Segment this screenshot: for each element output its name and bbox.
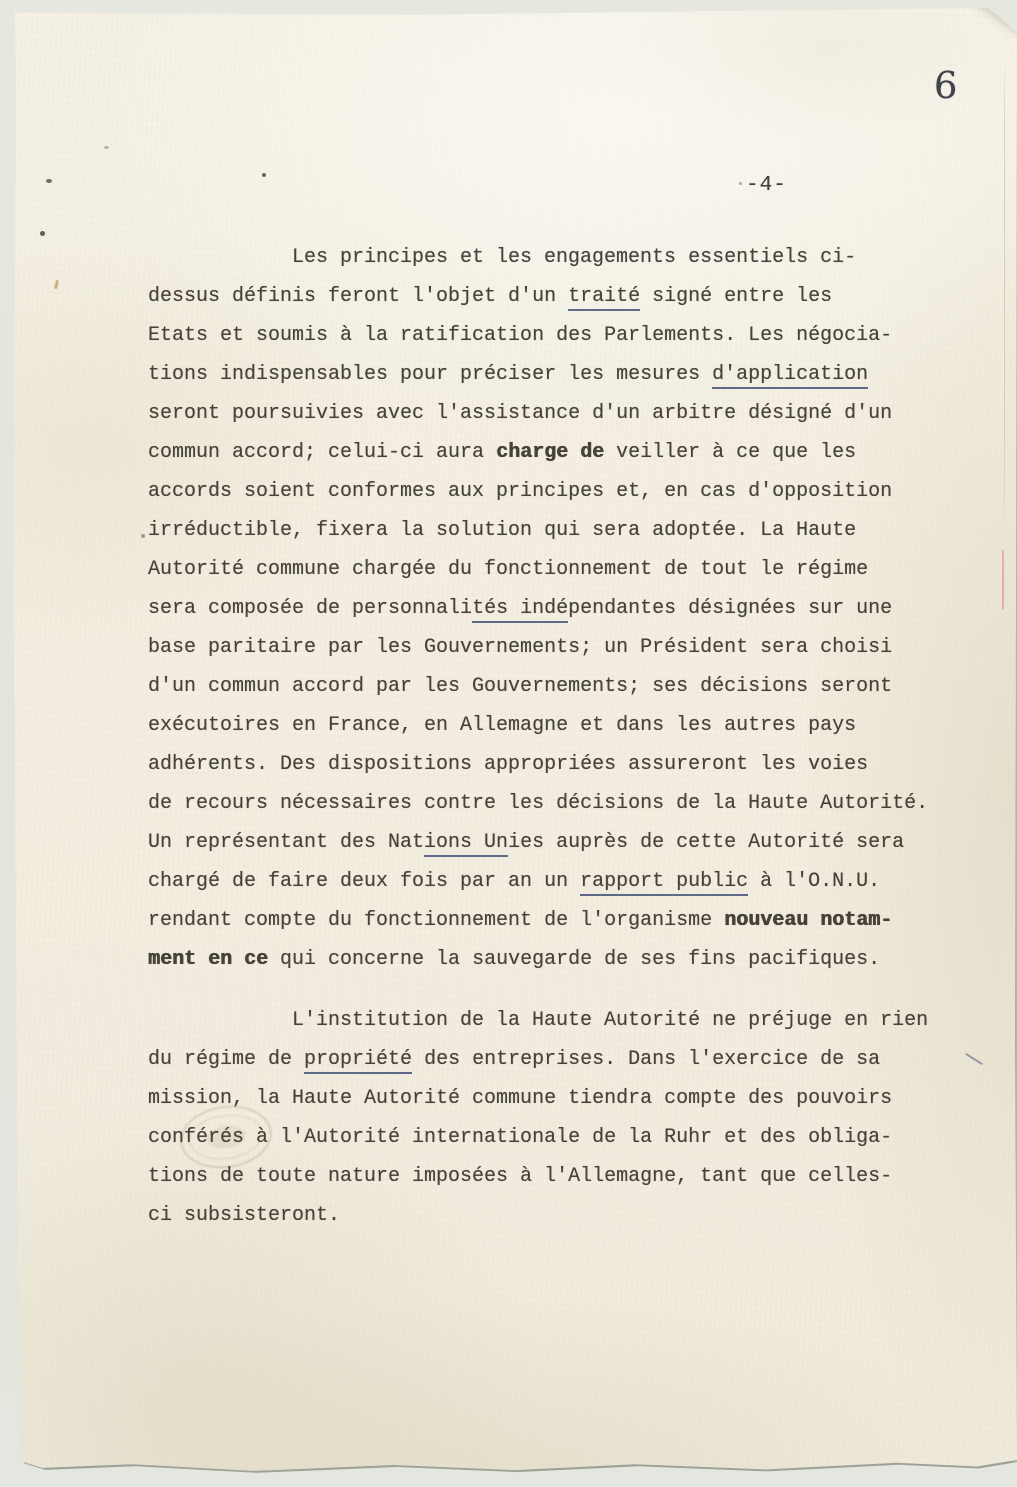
pen-underlined-text: propriété [304,1048,412,1074]
text-line: accords soient conformes aux principes e… [148,472,948,511]
text-line: adhérents. Des dispositions appropriées … [148,745,948,784]
ink-speck [40,231,45,236]
text-line: d'un commun accord par les Gouvernements… [148,667,948,706]
text-segment: conférés à l'Autorité internationale de … [148,1126,892,1149]
text-segment: pendantes désignées sur une [568,597,892,620]
text-line: L'institution de la Haute Autorité ne pr… [148,1001,948,1040]
page-number-label: -4- [746,174,787,197]
text-line: tions indispensables pour préciser les m… [148,355,948,394]
text-line: Autorité commune chargée du fonctionneme… [148,550,948,589]
text-segment: à l'O.N.U. [748,870,880,893]
text-segment: exécutoires en France, en Allemagne et d… [148,714,856,737]
text-line: dessus définis feront l'objet d'un trait… [148,277,948,316]
text-line: Etats et soumis à la ratification des Pa… [148,316,948,355]
text-line: Un représentant des Nations Unies auprès… [148,823,948,862]
scanned-page-background: { "colors":{ "background":"#e3e6de", "pa… [0,0,1017,1487]
text-segment: base paritaire par les Gouvernements; un… [148,636,892,659]
paper-sheet: 6 -4- Les principes et les engagements e… [12,6,1017,1476]
pen-underlined-text: ions Un [424,831,508,857]
pink-edge-mark [1002,550,1004,610]
paragraph: Les principes et les engagements essenti… [148,238,948,979]
text-line: rendant compte du fonctionnement de l'or… [148,901,948,940]
text-segment: rendant compte du fonctionnement de l'or… [148,909,724,932]
text-segment: sera composée de personnali [148,597,472,620]
text-segment: tions de toute nature imposées à l'Allem… [148,1165,892,1188]
text-segment: Les principes et les engagements essenti… [292,246,856,269]
text-segment: irréductible, fixera la solution qui ser… [148,519,856,542]
text-segment: du régime de [148,1048,304,1071]
pencil-mark [965,1053,983,1065]
ink-speck [54,280,59,289]
text-segment: mission, la Haute Autorité commune tiend… [148,1087,892,1110]
text-line: Les principes et les engagements essenti… [148,238,948,277]
text-segment: des entreprises. Dans l'exercice de sa [412,1048,880,1071]
pen-underlined-text: rapport public [580,870,748,896]
ink-speck [46,179,52,183]
text-segment: de recours nécessaires contre les décisi… [148,792,928,815]
text-segment: Etats et soumis à la ratification des Pa… [148,324,892,347]
text-segment: d'un commun accord par les Gouvernements… [148,675,892,698]
text-segment: seront poursuivies avec l'assistance d'u… [148,402,892,425]
text-line: sera composée de personnalités indépenda… [148,589,948,628]
text-segment: Autorité commune chargée du fonctionneme… [148,558,868,581]
text-segment: L'institution de la Haute Autorité ne pr… [292,1009,928,1032]
paragraph: L'institution de la Haute Autorité ne pr… [148,1001,948,1235]
text-segment: signé entre les [640,285,832,308]
text-line: de recours nécessaires contre les décisi… [148,784,948,823]
ink-speck [104,146,109,149]
text-line: seront poursuivies avec l'assistance d'u… [148,394,948,433]
text-segment: tions indispensables pour préciser les m… [148,363,712,386]
overtyped-text: nouveau notam- [724,909,892,932]
text-line: chargé de faire deux fois par an un rapp… [148,862,948,901]
pen-underlined-text: traité [568,285,640,311]
typewritten-text: Les principes et les engagements essenti… [148,238,948,1235]
text-line: ment en ce qui concerne la sauvegarde de… [148,940,948,979]
text-segment: qui concerne la sauvegarde de ses fins p… [268,948,880,971]
text-segment: ies auprès de cette Autorité sera [508,831,904,854]
text-line: du régime de propriété des entreprises. … [148,1040,948,1079]
text-line: tions de toute nature imposées à l'Allem… [148,1157,948,1196]
overtyped-text: charge de [496,441,604,464]
text-line: mission, la Haute Autorité commune tiend… [148,1079,948,1118]
text-segment: adhérents. Des dispositions appropriées … [148,753,868,776]
ink-speck [141,534,145,538]
text-line: ci subsisteront. [148,1196,948,1235]
text-segment: ci subsisteront. [148,1204,340,1227]
overtyped-text: ment en ce [148,948,268,971]
text-line: base paritaire par les Gouvernements; un… [148,628,948,667]
text-segment: commun accord; celui-ci aura [148,441,496,464]
text-segment: veiller à ce que les [604,441,856,464]
text-line: conférés à l'Autorité internationale de … [148,1118,948,1157]
text-segment: accords soient conformes aux principes e… [148,480,892,503]
paper-crease [1004,56,1005,556]
ink-speck [262,173,266,177]
text-segment: dessus définis feront l'objet d'un [148,285,568,308]
text-line: commun accord; celui-ci aura charge de v… [148,433,948,472]
page-stamp-number: 6 [933,64,959,108]
text-segment: Un représentant des Nat [148,831,424,854]
pen-underlined-text: tés indé [472,597,568,623]
ink-speck [739,182,742,185]
text-segment: chargé de faire deux fois par an un [148,870,580,893]
text-line: exécutoires en France, en Allemagne et d… [148,706,948,745]
pen-underlined-text: d'application [712,363,868,389]
text-line: irréductible, fixera la solution qui ser… [148,511,948,550]
corner-fold [969,6,1017,38]
